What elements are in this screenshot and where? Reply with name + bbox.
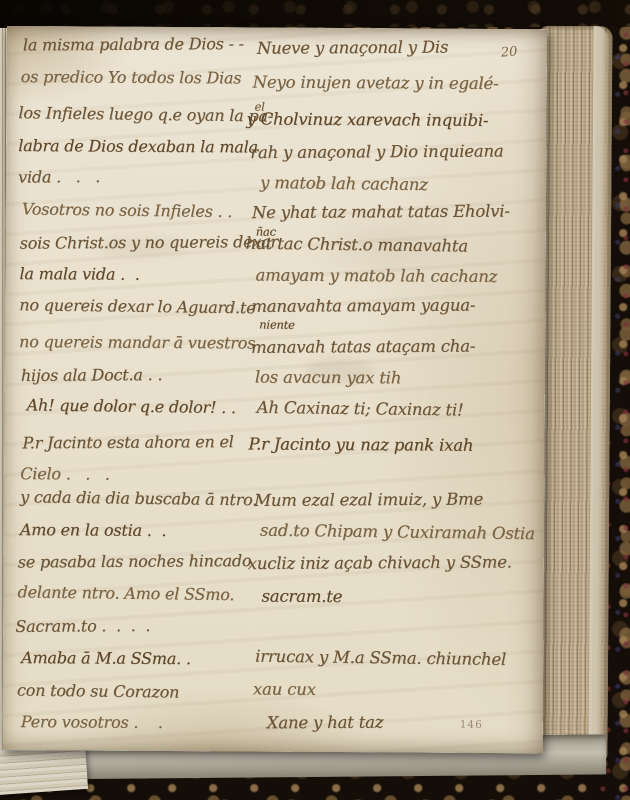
manuscript-line: Sacram.to . . . .	[15, 618, 150, 635]
folio-number: 146	[460, 719, 483, 731]
manuscript-line: manavah tatas ataçam cha-	[251, 338, 475, 356]
manuscript-line: Mum ezal ezal imuiz, y Bme	[254, 492, 483, 510]
manuscript-line: Pero vosotros . .	[21, 714, 163, 731]
manuscript-line: amayam y matob lah cachanz	[255, 268, 497, 286]
manuscript-line: Ne yhat taz mahat tatas Eholvi-	[252, 203, 510, 221]
manuscript-line: irrucax y M.a SSma. chiunchel	[255, 649, 506, 669]
manuscript-line: Xane y hat taz	[267, 715, 384, 732]
page-number: 20	[500, 45, 517, 61]
manuscript-line: xau cux	[253, 682, 316, 699]
manuscript-line: xucliz iniz açab chivach y SSme.	[248, 554, 512, 572]
manuscript-photo: 20 la misma palabra de Dios - -os predic…	[0, 0, 630, 800]
manuscript-line: Ah Caxinaz ti; Caxinaz ti!	[257, 400, 464, 419]
manuscript-line: Cielo . . .	[20, 466, 110, 483]
manuscript-line: la mala vida . .	[19, 266, 139, 283]
manuscript-line: sois Christ.os y no quereis dexar	[20, 234, 278, 252]
manuscript-line: y matob lah cachanz	[260, 175, 428, 194]
manuscript-line: no quereis mandar ā vuestros	[19, 334, 255, 351]
manuscript-line: rah y anaçonal y Dio inquieana	[250, 143, 503, 161]
manuscript-line: Amo en la ostia . .	[20, 522, 167, 539]
manuscript-line: P.r Jacinto esta ahora en el	[22, 434, 233, 451]
manuscript-line: niente	[259, 319, 295, 331]
manuscript-line: Nueve y anaçonal y Dis	[257, 40, 448, 58]
manuscript-line: sad.to Chipam y Cuxiramah Ostia	[260, 523, 535, 543]
manuscript-line: Amaba ā M.a SSma. .	[21, 650, 191, 667]
binding-top-edge	[0, 0, 630, 27]
manuscript-line: os predico Yo todos los Dias	[21, 69, 242, 86]
manuscript-line: con todo su Corazon	[17, 683, 179, 701]
manuscript-line: la misma palabra de Dios - -	[23, 36, 244, 53]
manuscript-line: vida . . .	[18, 169, 100, 186]
manuscript-line: Neyo inujen avetaz y in egalé-	[253, 75, 499, 93]
manuscript-line: los avacun yax tih	[255, 370, 401, 387]
manuscript-line: sacram.te	[261, 589, 342, 606]
manuscript-line: y Cholvinuz xarevach inquibi-	[246, 111, 488, 129]
manuscript-line: hijos ala Doct.a . .	[21, 367, 163, 384]
manuscript-line: se pasaba las noches hincado	[18, 553, 252, 570]
fore-edge-highlight	[588, 26, 606, 762]
manuscript-line: labra de Dios dexaban la mala	[18, 138, 258, 155]
manuscript-line: hat tac Christ.o manavahta	[246, 236, 468, 255]
manuscript-line: los Infieles luego q.e oyan la pa-	[18, 105, 273, 124]
manuscript-line: y cada dia dia buscaba ā ntro.	[20, 489, 257, 508]
manuscript-page: 20 la misma palabra de Dios - -os predic…	[3, 26, 547, 753]
manuscript-line: P.r Jacinto yu naz pank ixah	[248, 436, 473, 454]
manuscript-line: no quereis dexar lo Aguard.te	[19, 297, 255, 316]
manuscript-line: delante ntro. Amo el SSmo.	[17, 584, 234, 603]
manuscript-line: manavahta amayam yagua-	[251, 297, 475, 315]
manuscript-line: Ah! que dolor q.e dolor! . .	[27, 397, 236, 416]
manuscript-line: Vosotros no sois Infieles . .	[22, 201, 233, 220]
